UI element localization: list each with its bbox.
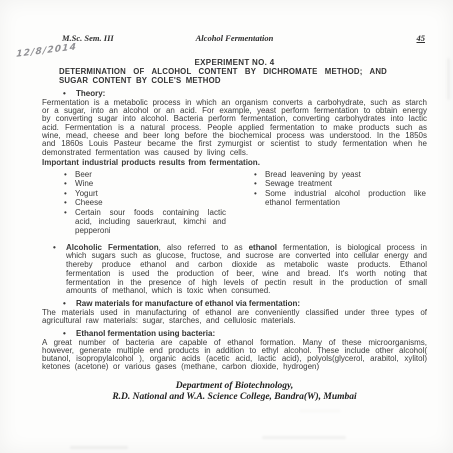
paragraph-text: , also referred to as — [159, 243, 249, 252]
scanned-document-page: M.Sc. Sem. III Alcohol Fermentation 45 1… — [0, 0, 453, 453]
page-content: M.Sc. Sem. III Alcohol Fermentation 45 1… — [42, 33, 427, 402]
raw-materials-paragraph: The materials used in manufacturing of e… — [42, 309, 427, 326]
bacteria-fermentation-heading: Ethanol fermentation using bacteria: — [63, 329, 427, 338]
industrial-products-list: Beer Wine Yogurt Cheese Certain sour foo… — [42, 170, 427, 236]
paragraph-text: fermentation, is biological process in w… — [66, 243, 427, 296]
list-item: Beer — [64, 170, 226, 179]
scan-smudge — [70, 446, 128, 449]
experiment-title-line1: DETERMINATION OF ALCOHOL CONTENT BY DICH… — [59, 67, 387, 76]
list-item: Sewage treatment — [254, 179, 426, 188]
college-name: R.D. National and W.A. Science College, … — [42, 392, 427, 402]
page-number: 45 — [417, 33, 426, 43]
theory-paragraph: Fermentation is a metabolic process in w… — [42, 99, 427, 157]
list-item: Cheese — [64, 198, 226, 207]
products-left-column: Beer Wine Yogurt Cheese Certain sour foo… — [64, 170, 226, 236]
bacteria-fermentation-paragraph: A great number of bacteria are capable o… — [42, 339, 427, 372]
scan-smudge — [262, 436, 346, 439]
alcoholic-fermentation-term: Alcoholic Fermentation — [66, 243, 159, 252]
theory-heading: Theory: — [63, 89, 427, 98]
experiment-number: EXPERIMENT NO. 4 — [42, 58, 427, 67]
list-item: Bread leavening by yeast — [254, 170, 426, 179]
scan-smudge — [447, 58, 450, 100]
department-name: Department of Biotechnology, — [42, 381, 427, 391]
department-footer: Department of Biotechnology, R.D. Nation… — [42, 381, 427, 402]
ethanol-term: ethanol — [249, 243, 277, 252]
alcoholic-fermentation-paragraph: Alcoholic Fermentation, also referred to… — [66, 244, 427, 296]
running-title: Alcohol Fermentation — [42, 33, 427, 43]
list-item: Wine — [64, 179, 226, 188]
list-item: Certain sour foods containing lactic aci… — [64, 208, 226, 236]
raw-materials-heading: Raw materials for manufacture of ethanol… — [63, 299, 427, 308]
experiment-title-line2: SUGAR CONTENT BY COLE'S METHOD — [59, 76, 387, 85]
scan-smudge — [300, 410, 340, 412]
list-item: Some industrial alcohol production like … — [254, 189, 426, 208]
products-intro: Important industrial products results fr… — [42, 158, 427, 167]
experiment-title: DETERMINATION OF ALCOHOL CONTENT BY DICH… — [59, 67, 387, 86]
list-item: Yogurt — [64, 189, 226, 198]
products-right-column: Bread leavening by yeast Sewage treatmen… — [254, 170, 426, 208]
page-header: M.Sc. Sem. III Alcohol Fermentation 45 1… — [42, 33, 427, 43]
